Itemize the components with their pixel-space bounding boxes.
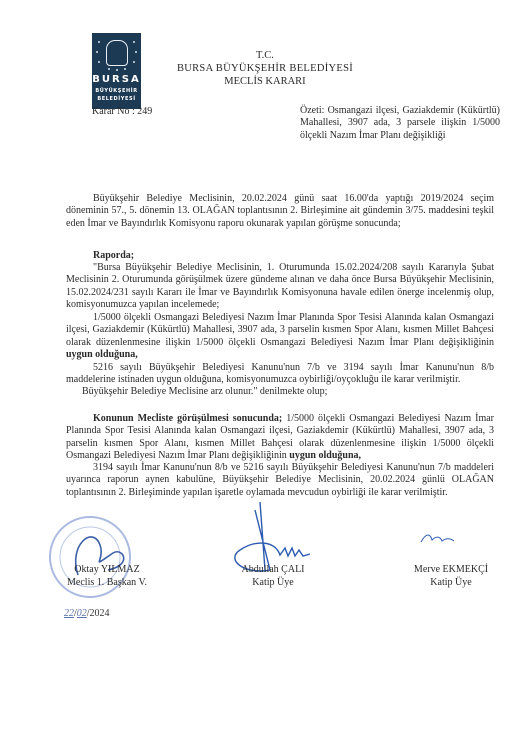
signature-block-chair: Oktay YILMAZ Meclis 1. Başkan V. <box>52 564 162 589</box>
signatory-name: Oktay YILMAZ <box>52 564 162 577</box>
intro-paragraph: Büyükşehir Belediye Meclisinin, 20.02.20… <box>66 193 494 230</box>
signatory-name: Merve EKMEKÇİ <box>396 564 506 577</box>
report-heading-text: Raporda; <box>93 250 134 261</box>
decision-paragraph: Konunun Mecliste görüşülmesi sonucunda; … <box>66 413 494 463</box>
logo-word-buyuksehir: BÜYÜKŞEHİR <box>92 88 141 94</box>
signature-block-clerk-1: Abdullah ÇALI Katip Üye <box>218 564 328 589</box>
report-p2-bold: uygun olduğuna, <box>66 349 138 360</box>
report-p2-text: 1/5000 ölçekli Osmangazi Belediyesi Nazı… <box>66 312 494 348</box>
date-month: 02 <box>77 608 87 619</box>
report-paragraph-4: Büyükşehir Belediye Meclisine arz olunur… <box>66 386 494 398</box>
signatory-name: Abdullah ÇALI <box>218 564 328 577</box>
header-tc: T.C. <box>0 49 530 62</box>
document-date: 22/02/2024 <box>64 608 110 619</box>
signatory-title: Katip Üye <box>218 577 328 590</box>
final-paragraph: 3194 sayılı İmar Kanunu'nun 8/b ve 5216 … <box>66 462 494 499</box>
summary: Özeti: Osmangazi ilçesi, Gaziakdemir (Kü… <box>300 105 500 142</box>
signature-block-clerk-2: Merve EKMEKÇİ Katip Üye <box>396 564 506 589</box>
signatory-title: Meclis 1. Başkan V. <box>52 577 162 590</box>
decision-bold-end: uygun olduğuna, <box>289 450 361 461</box>
logo-word-belediyesi: BELEDİYESİ <box>92 96 141 102</box>
report-heading: Raporda; <box>66 250 494 262</box>
date-day: 22 <box>64 608 74 619</box>
decision-bold-lead: Konunun Mecliste görüşülmesi sonucunda; <box>93 413 282 424</box>
stamp-icon <box>38 505 158 605</box>
signature-ekmekci-icon <box>418 530 458 548</box>
decision-number: Karar No : 249 <box>92 106 152 117</box>
report-paragraph-3: 5216 sayılı Büyükşehir Belediyesi Kanunu… <box>66 362 494 387</box>
report-paragraph-1: "Bursa Büyükşehir Belediye Meclisinin, 1… <box>66 262 494 312</box>
header-institution: BURSA BÜYÜKŞEHİR BELEDİYESİ <box>0 62 530 75</box>
report-paragraph-2: 1/5000 ölçekli Osmangazi Belediyesi Nazı… <box>66 312 494 362</box>
signatory-title: Katip Üye <box>396 577 506 590</box>
date-year: /2024 <box>87 608 110 619</box>
header-doc-type: MECLİS KARARI <box>0 75 530 88</box>
